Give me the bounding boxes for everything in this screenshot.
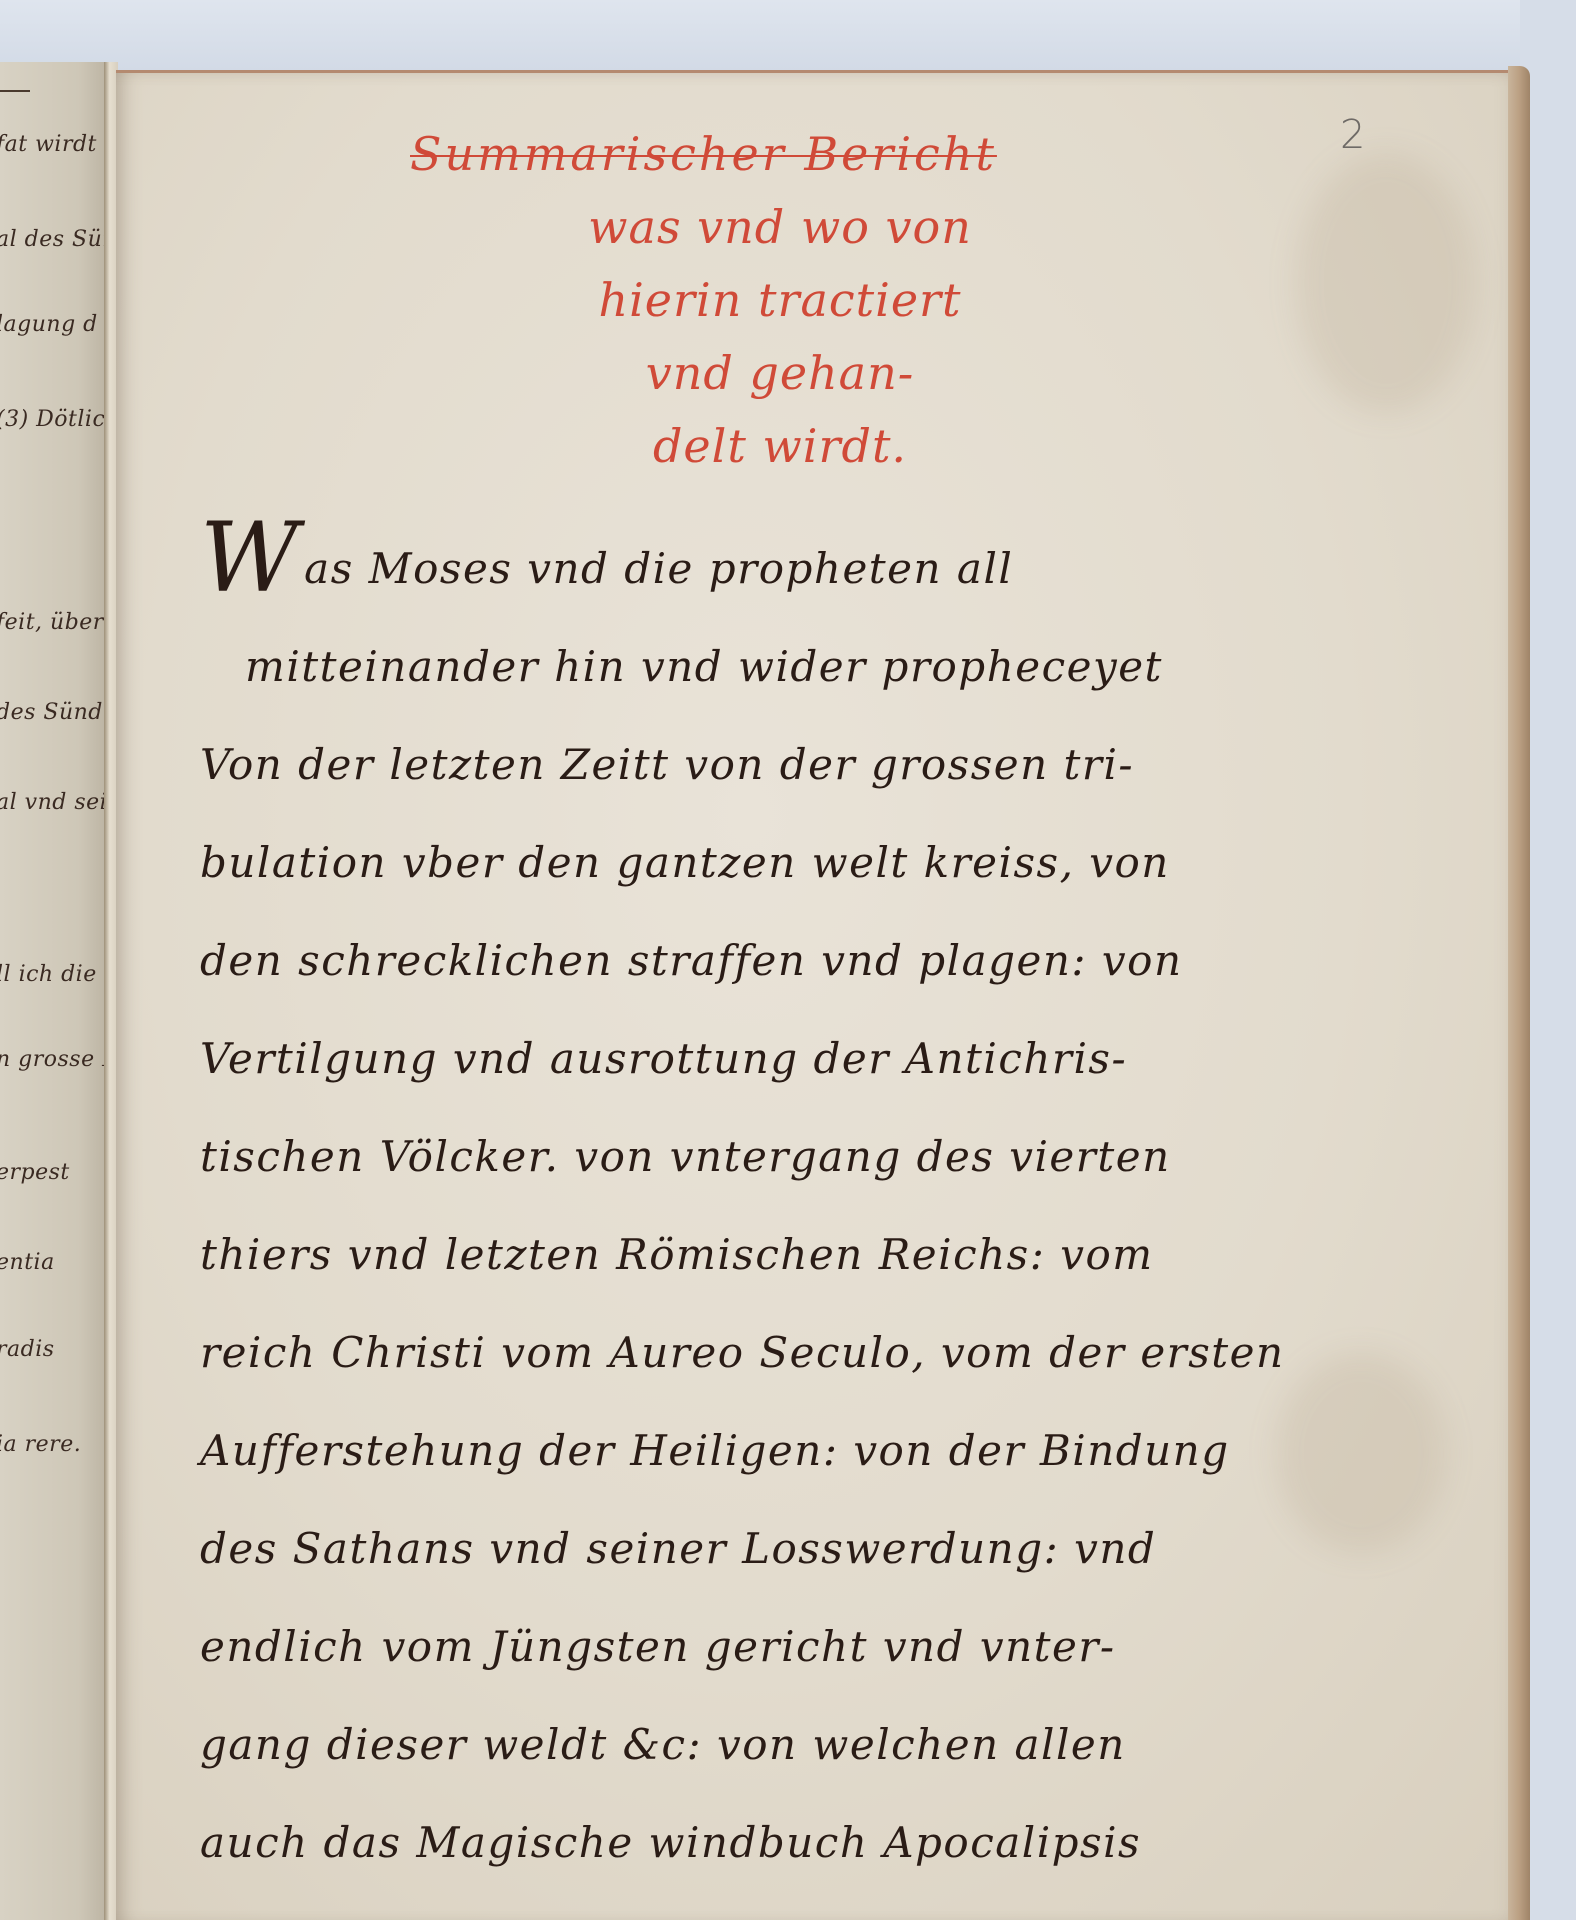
margin-fragment: n grosse Ende [0, 1047, 112, 1072]
page-fore-edge [1508, 66, 1530, 1920]
margin-fragment: erpest [0, 1160, 70, 1185]
body-line: mitteinander hin vnd wider propheceyet [200, 618, 1380, 716]
drop-capital: W [200, 502, 300, 614]
body-line: Von der letzten Zeitt von der grossen tr… [200, 716, 1380, 814]
heading-line: vnd gehan- [400, 337, 1160, 410]
rubricated-heading: Summarischer Bericht was vnd wo von hier… [400, 118, 1160, 483]
body-line: den schrecklichen straffen vnd plagen: v… [200, 912, 1380, 1010]
margin-fragment: ll ich die tutt [0, 962, 112, 987]
body-line: bulation vber den gantzen welt kreiss, v… [200, 814, 1380, 912]
margin-fragment: radis [0, 1337, 55, 1362]
heading-line: hierin tractiert [400, 264, 1160, 337]
body-line-text: as Moses vnd die propheten all [304, 544, 1013, 593]
folio-number: 2 [1340, 112, 1365, 158]
body-line: gang dieser weldt &c: von welchen allen [200, 1696, 1380, 1794]
bleed-through-stain [1296, 153, 1476, 413]
body-line: Vertilgung vnd ausrottung der Antichris- [200, 1010, 1380, 1108]
body-line: auch das Magische windbuch Apocalipsis [200, 1794, 1380, 1892]
body-line: thiers vnd letzten Römischen Reichs: vom [200, 1206, 1380, 1304]
left-page-verso: fat wirdt m al des Sün lagung d g (3) Dö… [0, 62, 112, 1920]
heading-line: was vnd wo von [400, 191, 1160, 264]
body-line: des Sathans vnd seiner Losswerdung: vnd [200, 1500, 1380, 1598]
body-line: reich Christi vom Aureo Seculo, vom der … [200, 1304, 1380, 1402]
margin-fragment: lagung d g [0, 312, 112, 337]
heading-line: delt wirdt. [400, 410, 1160, 483]
margin-fragment: al vnd sein [0, 790, 112, 815]
photo-backdrop-top [0, 0, 1576, 72]
margin-fragment: entia [0, 1250, 55, 1275]
margin-fragment: fat wirdt m [0, 132, 112, 157]
margin-fragment: des Sünd [0, 700, 103, 725]
margin-fragment: feit, über [0, 610, 104, 635]
body-line-1: Was Moses vnd die propheten all [200, 520, 1380, 618]
manuscript-body: Was Moses vnd die propheten all mitteina… [200, 520, 1380, 1892]
body-line: endlich vom Jüngsten gericht vnd vnter- [200, 1598, 1380, 1696]
body-line: tischen Völcker. von vntergang des viert… [200, 1108, 1380, 1206]
left-page-rule [0, 90, 30, 92]
margin-fragment: al des Sün [0, 227, 112, 252]
margin-fragment: ia rere. [0, 1432, 81, 1457]
margin-fragment: (3) Dötlich [0, 407, 112, 432]
heading-line: Summarischer Bericht [400, 118, 1160, 191]
body-line: Aufferstehung der Heiligen: von der Bind… [200, 1402, 1380, 1500]
